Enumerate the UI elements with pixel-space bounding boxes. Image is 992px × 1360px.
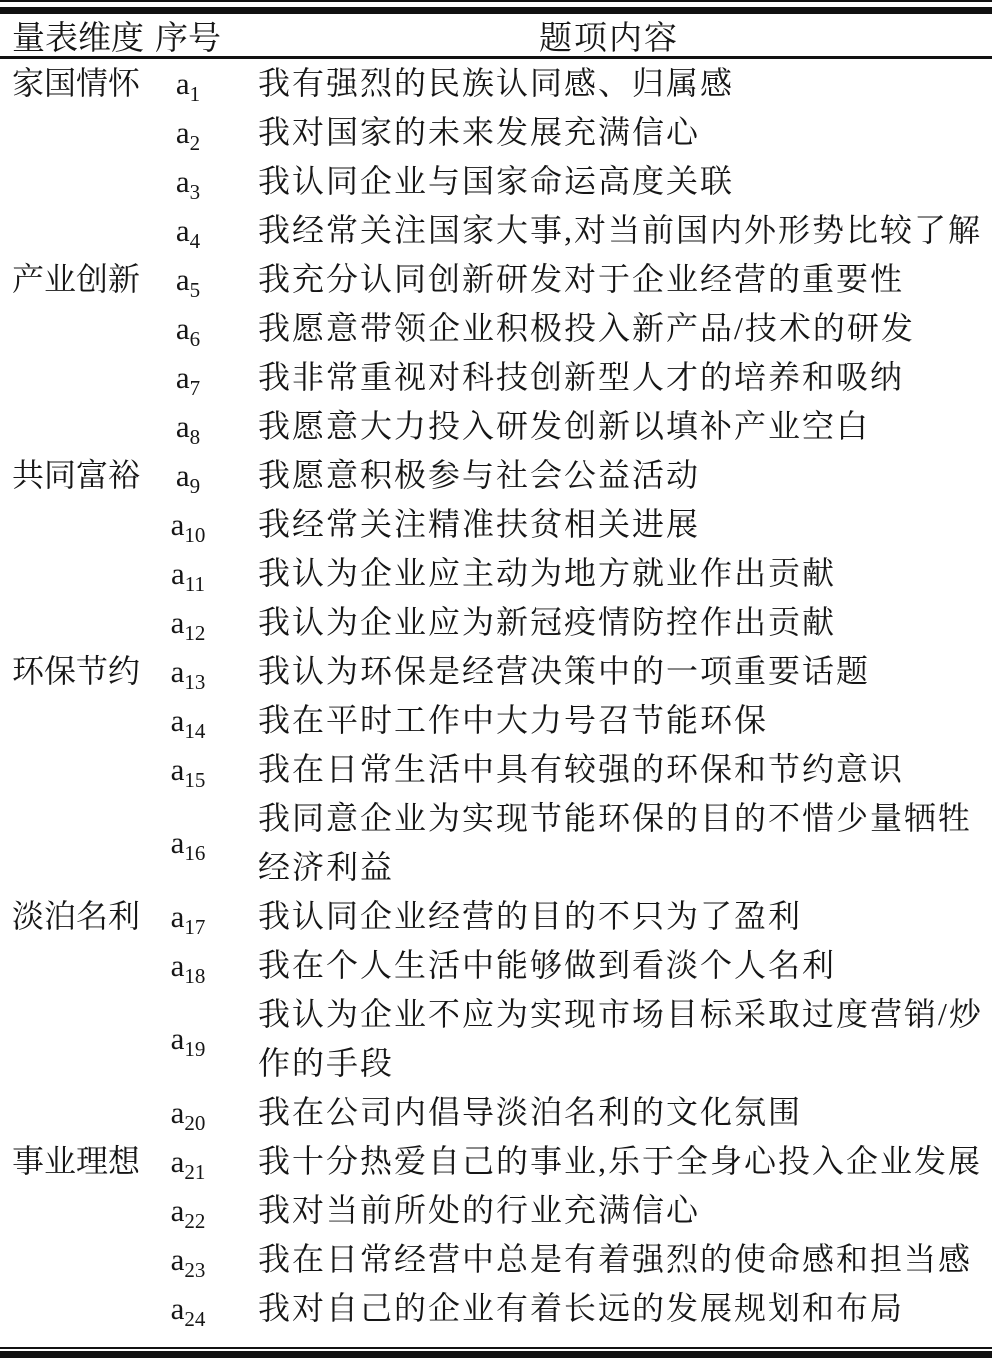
table-bottom-thick-rule [0,1351,992,1358]
dimension-cell: 环保节约 [0,647,150,892]
table-row: 环保节约a13我认为环保是经营决策中的一项重要话题 [0,647,992,696]
item-text-cell: 我在日常生活中具有较强的环保和节约意识 [226,745,992,794]
dimension-cell: 家国情怀 [0,59,150,255]
table-row: 事业理想a21我十分热爱自己的事业,乐于全身心投入企业发展 [0,1137,992,1186]
paper-scale-table-page: 量表维度 序号 题项内容 家国情怀a1我有强烈的民族认同感、归属感a2我对国家的… [0,0,992,1360]
item-text-cell: 我有强烈的民族认同感、归属感 [226,59,992,108]
item-text-cell: 我愿意带领企业积极投入新产品/技术的研发 [226,304,992,353]
serial-cell: a16 [150,794,226,892]
serial-cell: a14 [150,696,226,745]
serial-cell: a4 [150,206,226,255]
table-row: 淡泊名利a17我认同企业经营的目的不只为了盈利 [0,892,992,941]
item-text-cell: 我充分认同创新研发对于企业经营的重要性 [226,255,992,304]
scale-items-table: 家国情怀a1我有强烈的民族认同感、归属感a2我对国家的未来发展充满信心a3我认同… [0,59,992,1333]
serial-cell: a15 [150,745,226,794]
dimension-cell: 共同富裕 [0,451,150,647]
serial-cell: a19 [150,990,226,1088]
serial-cell: a24 [150,1284,226,1333]
serial-cell: a6 [150,304,226,353]
table-row: 产业创新a5我充分认同创新研发对于企业经营的重要性 [0,255,992,304]
item-text-cell: 我对自己的企业有着长远的发展规划和布局 [226,1284,992,1333]
serial-cell: a11 [150,549,226,598]
dimension-cell: 淡泊名利 [0,892,150,1137]
item-text-cell: 我经常关注国家大事,对当前国内外形势比较了解 [226,206,992,255]
serial-cell: a23 [150,1235,226,1284]
serial-cell: a10 [150,500,226,549]
item-text-cell: 我认为企业不应为实现市场目标采取过度营销/炒作的手段 [226,990,992,1088]
serial-cell: a3 [150,157,226,206]
serial-cell: a12 [150,598,226,647]
item-text-cell: 我认同企业与国家命运高度关联 [226,157,992,206]
serial-cell: a5 [150,255,226,304]
item-text-cell: 我愿意积极参与社会公益活动 [226,451,992,500]
item-text-cell: 我对国家的未来发展充满信心 [226,108,992,157]
item-text-cell: 我认为企业应主动为地方就业作出贡献 [226,549,992,598]
item-text-cell: 我认为环保是经营决策中的一项重要话题 [226,647,992,696]
header-serial-number: 序号 [150,12,226,59]
item-text-cell: 我经常关注精准扶贫相关进展 [226,500,992,549]
serial-cell: a13 [150,647,226,696]
serial-cell: a21 [150,1137,226,1186]
item-text-cell: 我非常重视对科技创新型人才的培养和吸纳 [226,353,992,402]
table-bottom-thin-rule [0,1347,992,1349]
dimension-cell: 事业理想 [0,1137,150,1333]
serial-cell: a20 [150,1088,226,1137]
table-row: 共同富裕a9我愿意积极参与社会公益活动 [0,451,992,500]
item-text-cell: 我在平时工作中大力号召节能环保 [226,696,992,745]
item-text-cell: 我认同企业经营的目的不只为了盈利 [226,892,992,941]
dimension-cell: 产业创新 [0,255,150,451]
serial-cell: a1 [150,59,226,108]
serial-cell: a2 [150,108,226,157]
item-text-cell: 我在日常经营中总是有着强烈的使命感和担当感 [226,1235,992,1284]
table-header-row: 量表维度 序号 题项内容 [0,14,992,56]
serial-cell: a8 [150,402,226,451]
item-text-cell: 我对当前所处的行业充满信心 [226,1186,992,1235]
header-item-content: 题项内容 [226,12,992,59]
item-text-cell: 我愿意大力投入研发创新以填补产业空白 [226,402,992,451]
serial-cell: a18 [150,941,226,990]
serial-cell: a9 [150,451,226,500]
table-row: 家国情怀a1我有强烈的民族认同感、归属感 [0,59,992,108]
table-bottom-rules [0,1347,992,1358]
item-text-cell: 我认为企业应为新冠疫情防控作出贡献 [226,598,992,647]
serial-cell: a22 [150,1186,226,1235]
item-text-cell: 我在个人生活中能够做到看淡个人名利 [226,941,992,990]
item-text-cell: 我同意企业为实现节能环保的目的不惜少量牺牲经济利益 [226,794,992,892]
item-text-cell: 我十分热爱自己的事业,乐于全身心投入企业发展 [226,1137,992,1186]
item-text-cell: 我在公司内倡导淡泊名利的文化氛围 [226,1088,992,1137]
header-scale-dimension: 量表维度 [0,12,150,59]
scale-items-body: 家国情怀a1我有强烈的民族认同感、归属感a2我对国家的未来发展充满信心a3我认同… [0,59,992,1333]
serial-cell: a7 [150,353,226,402]
serial-cell: a17 [150,892,226,941]
